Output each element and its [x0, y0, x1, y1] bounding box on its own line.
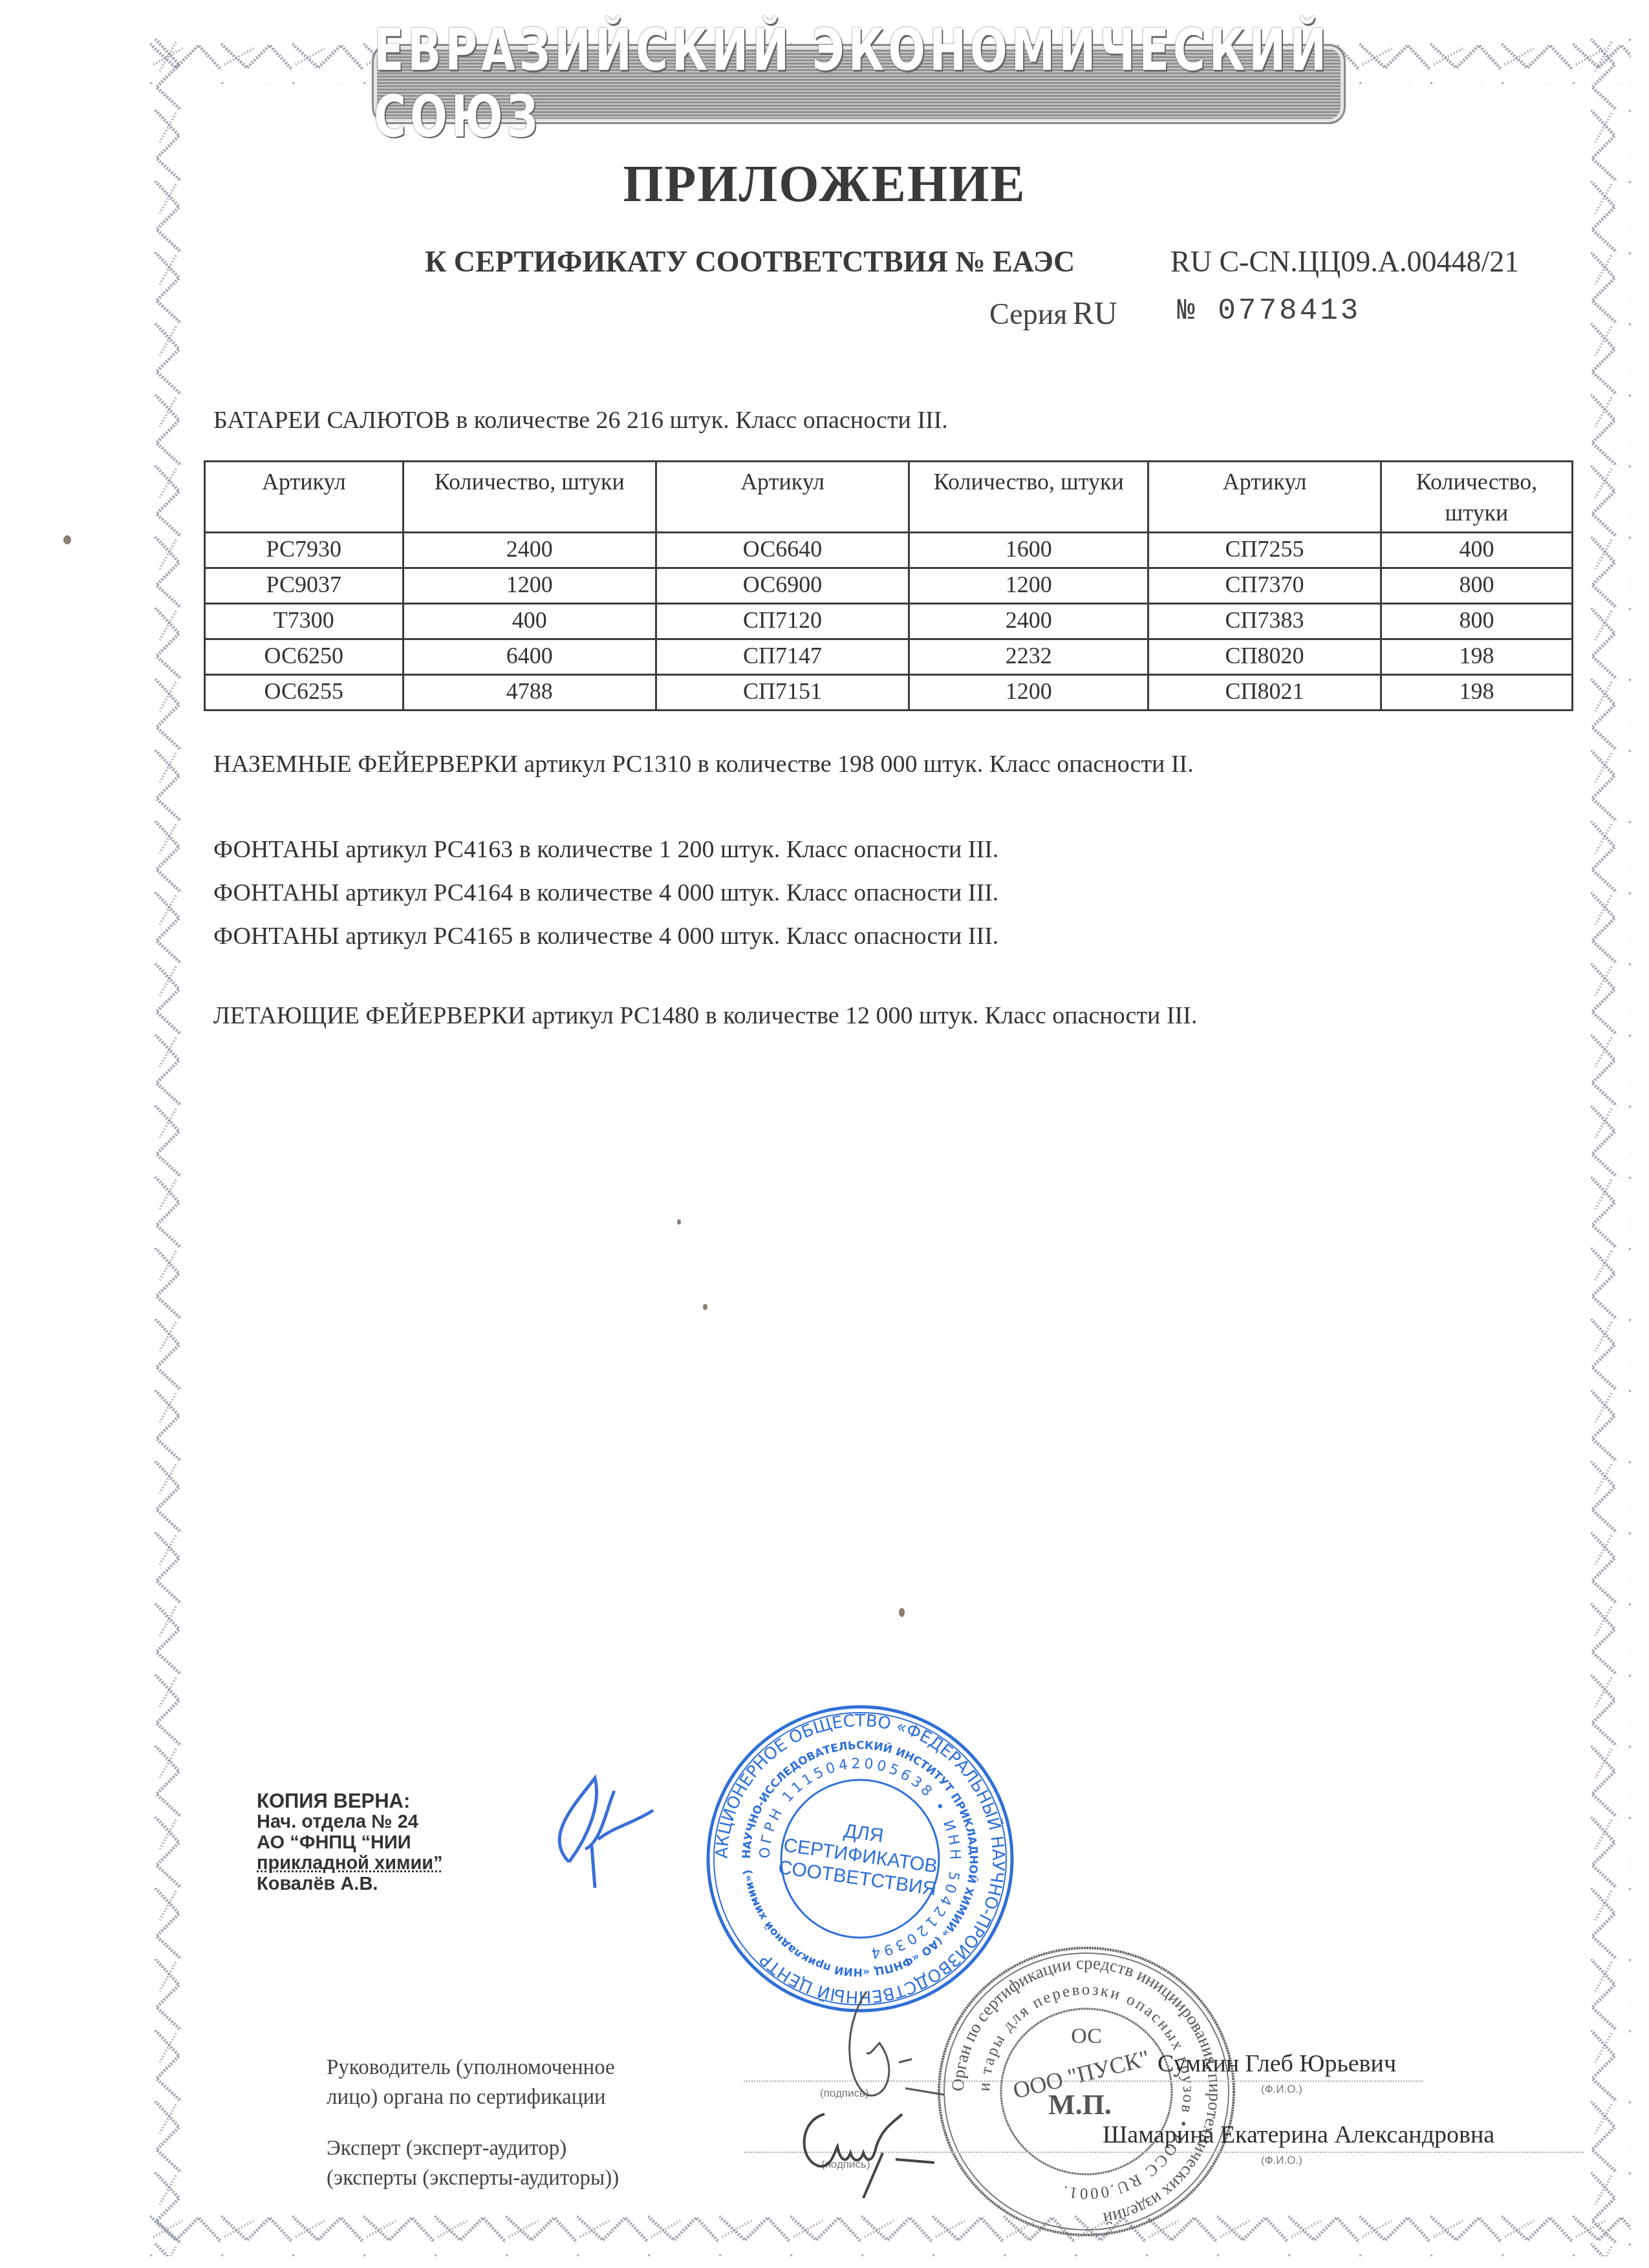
item-category: ЛЕТАЮЩИЕ ФЕЙЕРВЕРКИ: [213, 1002, 526, 1029]
table-row: Т7300400СП71202400СП7383800: [205, 604, 1573, 639]
article-cell: ОС6640: [656, 533, 909, 568]
scan-speck: [899, 1608, 905, 1617]
item-ground-fireworks: НАЗЕМНЫЕ ФЕЙЕРВЕРКИ артикул РС1310 в кол…: [213, 750, 1194, 778]
gray-stamp: Орган по сертификации средств инициирова…: [931, 1940, 1242, 2243]
item-category: ФОНТАНЫ: [213, 923, 339, 950]
article-cell: СП7120: [656, 604, 909, 639]
article-cell: СП7383: [1148, 604, 1381, 639]
copy-name: Ковалёв А.В.: [257, 1874, 443, 1894]
batteries-table: АртикулКоличество, штукиАртикулКоличеств…: [204, 460, 1573, 711]
item-category: ФОНТАНЫ: [213, 836, 339, 863]
series-label: СерияRU: [989, 294, 1117, 332]
expert-role: Эксперт (эксперт-аудитор) (эксперты (экс…: [327, 2134, 619, 2193]
certificate-number: RU C-CN.ЦЦ09.А.00448/21: [1170, 244, 1519, 279]
certificate-prefix: К СЕРТИФИКАТУ СООТВЕТСТВИЯ № ЕАЭС: [425, 244, 1075, 279]
item-category: НАЗЕМНЫЕ ФЕЙЕРВЕРКИ: [213, 751, 518, 778]
expert-signature-caption: (подпись): [821, 2158, 870, 2171]
head-role-line2: лицо) органа по сертификации: [327, 2082, 615, 2112]
article-cell: ОС6255: [205, 675, 404, 711]
expert-signature: [786, 2101, 934, 2198]
blue-stamp-center-2: СЕРТИФИКАТОВ: [782, 1834, 938, 1877]
copy-position: Нач. отдела № 24: [257, 1812, 443, 1832]
page-title: ПРИЛОЖЕНИЕ: [0, 155, 1649, 214]
table-row: ОС62554788СП71511200СП8021198: [205, 675, 1573, 711]
expert-signature-line: [744, 2152, 1584, 2153]
head-name: Сумкин Глеб Юрьевич: [1158, 2049, 1396, 2078]
table-header-row: АртикулКоличество, штукиАртикулКоличеств…: [205, 462, 1573, 533]
item-fountain-4163: ФОНТАНЫ артикул РС4163 в количестве 1 20…: [213, 835, 998, 864]
head-role: Руководитель (уполномоченное лицо) орган…: [327, 2053, 615, 2112]
item-text: артикул РС4163 в количестве 1 200 штук. …: [339, 836, 999, 863]
article-cell: ОС6250: [205, 639, 404, 675]
blue-stamp: АКЦИОНЕРНОЕ ОБЩЕСТВО «ФЕДЕРАЛЬНЫЙ НАУЧНО…: [702, 1700, 1018, 2017]
blue-stamp-middle: НАУЧНО-ИССЛЕДОВАТЕЛЬСКИЙ ИНСТИТУТ ПРИКЛА…: [740, 1739, 980, 1978]
copy-org: АО “ФНПЦ “НИИ: [257, 1832, 443, 1853]
quantity-cell: 1600: [909, 533, 1148, 568]
blue-stamp-center-3: СООТВЕТСТВИЯ: [777, 1857, 938, 1900]
head-signature: [828, 1991, 957, 2159]
article-cell: СП7255: [1148, 533, 1381, 568]
scan-speck: [677, 1219, 681, 1225]
quantity-cell: 400: [1381, 533, 1572, 568]
table-row: ОС62506400СП71472232СП8020198: [205, 639, 1573, 675]
item-fountain-4164: ФОНТАНЫ артикул РС4164 в количестве 4 00…: [213, 879, 998, 907]
quantity-cell: 1200: [909, 568, 1148, 604]
quantity-cell: 800: [1381, 568, 1572, 604]
copy-org-cont: прикладной химии”: [257, 1853, 443, 1874]
item-category: ФОНТАНЫ: [213, 879, 339, 906]
blue-signature: [530, 1765, 673, 1894]
series-value: RU: [1072, 295, 1117, 331]
eaeu-banner: ЕВРАЗИЙСКИЙ ЭКОНОМИЧЕСКИЙ СОЮЗ: [372, 44, 1346, 124]
scan-speck: [63, 535, 71, 544]
expert-role-line1: Эксперт (эксперт-аудитор): [327, 2134, 619, 2163]
item-text: артикул РС4164 в количестве 4 000 штук. …: [339, 879, 999, 906]
article-cell: РС7930: [205, 533, 404, 568]
column-header: Артикул: [205, 462, 404, 533]
column-header: Артикул: [656, 462, 909, 533]
quantity-cell: 400: [403, 604, 656, 639]
quantity-cell: 2232: [909, 639, 1148, 675]
table-row: РС90371200ОС69001200СП7370800: [205, 568, 1573, 604]
item-flying-fireworks: ЛЕТАЮЩИЕ ФЕЙЕРВЕРКИ артикул РС1480 в кол…: [213, 1001, 1197, 1030]
article-cell: Т7300: [205, 604, 404, 639]
gray-stamp-center-3: М.П.: [1048, 2089, 1112, 2121]
item-text: артикул РС4165 в количестве 4 000 штук. …: [339, 923, 999, 950]
quantity-cell: 198: [1381, 639, 1572, 675]
blue-stamp-outer: АКЦИОНЕРНОЕ ОБЩЕСТВО «ФЕДЕРАЛЬНЫЙ НАУЧНО…: [713, 1711, 1008, 2006]
quantity-cell: 6400: [403, 639, 656, 675]
article-cell: РС9037: [205, 568, 404, 604]
blue-stamp-center-1: ДЛЯ: [843, 1820, 885, 1846]
column-header: Количество, штуки: [909, 462, 1148, 533]
banner-title: ЕВРАЗИЙСКИЙ ЭКОНОМИЧЕСКИЙ СОЮЗ: [374, 34, 1344, 133]
batteries-intro: БАТАРЕИ САЛЮТОВ в количестве 26 216 штук…: [213, 406, 948, 434]
article-cell: ОС6900: [656, 568, 909, 604]
series-label-text: Серия: [989, 297, 1067, 330]
quantity-cell: 1200: [909, 675, 1148, 711]
column-header: Артикул: [1148, 462, 1381, 533]
expert-role-line2: (эксперты (эксперты-аудиторы)): [327, 2163, 619, 2193]
gray-stamp-outer: Орган по сертификации средств инициирова…: [948, 1953, 1225, 2229]
scan-speck: [703, 1304, 707, 1310]
item-fountain-4165: ФОНТАНЫ артикул РС4165 в количестве 4 00…: [213, 922, 998, 950]
article-cell: СП8021: [1148, 675, 1381, 711]
copy-verified-label: КОПИЯ ВЕРНА:: [257, 1791, 443, 1812]
quantity-cell: 1200: [403, 568, 656, 604]
article-cell: СП7151: [656, 675, 909, 711]
gray-stamp-inner: и тары для перевозки опасных грузов • РО…: [976, 1981, 1197, 2202]
item-text: артикул РС1310 в количестве 198 000 штук…: [518, 751, 1194, 778]
form-number: № 0778413: [1177, 294, 1361, 328]
quantity-cell: 2400: [909, 604, 1148, 639]
decorative-border: [150, 39, 1631, 2256]
table-row: РС79302400ОС66401600СП7255400: [205, 533, 1573, 568]
column-header: Количество, штуки: [1381, 462, 1572, 533]
head-signature-caption: (подпись): [820, 2087, 869, 2100]
gray-stamp-center-1: ОС: [1071, 2024, 1102, 2048]
expert-name-caption: (Ф.И.О.): [1261, 2154, 1302, 2167]
item-text: артикул РС1480 в количестве 12 000 штук.…: [526, 1002, 1198, 1029]
expert-name: Шамарина Екатерина Александровна: [1103, 2121, 1494, 2149]
quantity-cell: 2400: [403, 533, 656, 568]
article-cell: СП8020: [1148, 639, 1381, 675]
quantity-cell: 4788: [403, 675, 656, 711]
head-role-line1: Руководитель (уполномоченное: [327, 2053, 615, 2082]
head-signature-line: [744, 2081, 1423, 2082]
quantity-cell: 198: [1381, 675, 1572, 711]
article-cell: СП7370: [1148, 568, 1381, 604]
gray-stamp-center-2: ООО "ПУСК": [1011, 2045, 1152, 2104]
column-header: Количество, штуки: [403, 462, 656, 533]
copy-certification: КОПИЯ ВЕРНА: Нач. отдела № 24 АО “ФНПЦ “…: [257, 1791, 443, 1894]
quantity-cell: 800: [1381, 604, 1572, 639]
blue-stamp-inner: ОГРН 1115042005638 • ИНН 5042120394: [757, 1756, 964, 1962]
head-name-caption: (Ф.И.О.): [1261, 2083, 1302, 2096]
article-cell: СП7147: [656, 639, 909, 675]
